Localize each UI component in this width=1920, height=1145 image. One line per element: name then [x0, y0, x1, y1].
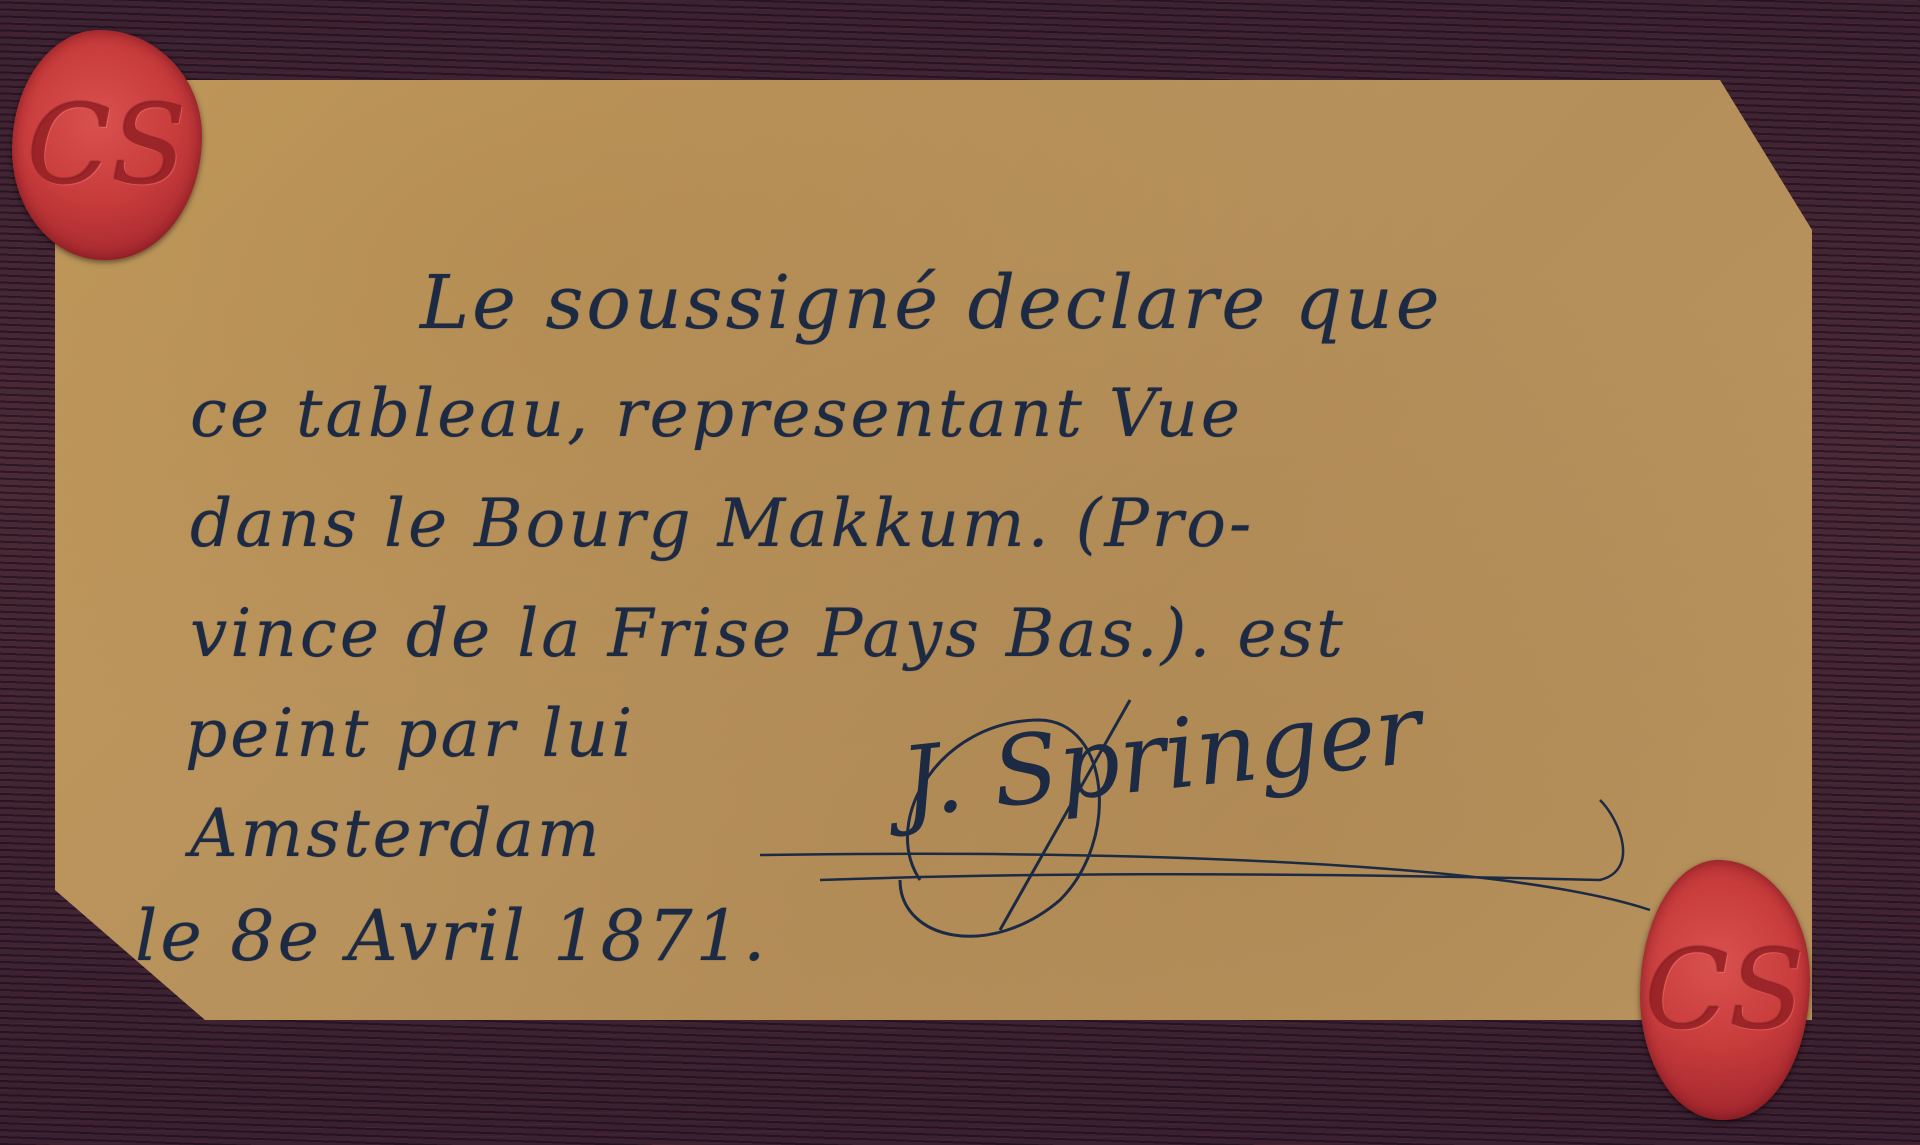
seal-monogram-icon: CS [1640, 860, 1810, 1120]
text-line-1: Le soussigné declare que [420, 260, 1443, 346]
paper-note: Le soussigné declare que ce tableau, rep… [55, 80, 1812, 1020]
wax-seal-bottom-right: CS [1640, 860, 1810, 1120]
text-line-5: peint par lui [185, 695, 635, 772]
wax-seal-top-left: CS [12, 30, 202, 260]
text-line-4: vince de la Frise Pays Bas.). est [190, 595, 1346, 672]
seal-monogram-icon: CS [12, 30, 202, 260]
wooden-backing-board: Le soussigné declare que ce tableau, rep… [0, 0, 1920, 1145]
text-line-3: dans le Bourg Makkum. (Pro- [190, 485, 1254, 562]
text-line-7-date: le 8e Avril 1871. [135, 895, 768, 977]
text-line-2: ce tableau, representant Vue [190, 375, 1243, 452]
text-line-6-place: Amsterdam [190, 795, 602, 872]
